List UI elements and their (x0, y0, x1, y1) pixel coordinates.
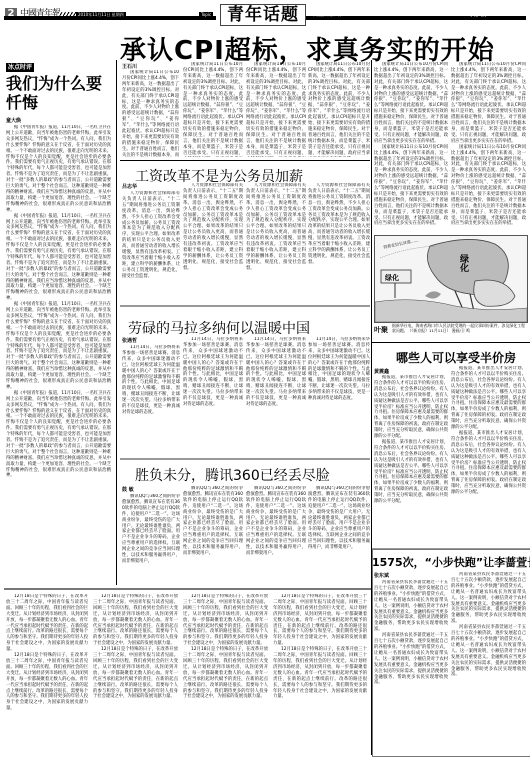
bottom-article-col2: 12月18日是个特殊的日子，在改革开放三十二周年之际，中国青年报与读者见面。回顾… (93, 594, 178, 754)
article-divider (4, 588, 371, 590)
section-title: 青年话题 (220, 4, 306, 26)
maradona-article-col2: 11月14日，马拉多纳将来华参加一场慈善足球赛。消息传来，众多中国球迷激动不已。… (183, 337, 243, 453)
tencent-article-byline: 鼓 敏 (122, 486, 134, 493)
cartoon-sign-label: 绿化 (385, 273, 399, 283)
main-article-byline: 王石川 (122, 63, 137, 70)
wage-article-col3: 人力资源和社会保障部有关负责人日前表示，“十二五”期间将推进公务员工资制度改革。… (246, 183, 306, 301)
article-divider (120, 458, 370, 460)
wage-article-col4: 人力资源和社会保障部有关负责人日前表示，“十二五”期间将推进公务员工资制度改革。… (308, 183, 370, 301)
wage-article-col2: 人力资源和社会保障部有关负责人日前表示，“十二五”期间将推进公务员工资制度改革。… (183, 183, 243, 301)
editor-email: E-mail:ryqgh@yahoo.com.cn (455, 12, 513, 18)
wage-article-byline: 吕志华 (122, 183, 137, 190)
main-article-col4: 国家统计局11日公布10月份CPI同比上涨4.4%，创下两年来新高，这一数据超出… (308, 62, 370, 157)
main-article-col5: 国家统计局11日公布10月份CPI同比上涨4.4%，创下两年来新高，这一数据超出… (374, 62, 448, 232)
left-column-body: 据《中国青年报》报道，11月10日，一名红卫兵在网上公开道歉，向当年被他伤害的老… (6, 125, 111, 582)
housing-article-col2: 据报道，某市推出人才安居计划，符合条件的人才可以以半价购买住房。消息公布后，社会… (451, 366, 526, 545)
left-column-byline: 童大焕 (6, 117, 21, 124)
maradona-article-headline: 劳碌的马拉多纳何以温暖中国 (128, 318, 310, 338)
tencent-article-col2: 腾讯QQ与360之间的纷争愈演愈烈。腾讯宣布在装有360软件的电脑上停止运行QQ… (183, 486, 243, 584)
main-article-col1: 国家统计局11日公布10月份CPI同比上涨4.4%，创下两年来新高，这一数据超出… (122, 70, 179, 157)
maradona-article-col3: 11月14日，马拉多纳将来华参加一场慈善足球赛。消息传来，众多中国球迷激动不已。… (246, 337, 306, 453)
editor-phone: 本版编辑/张多钧 Tel:010-64098071 (312, 12, 379, 18)
article-divider (120, 160, 370, 161)
column-divider (116, 60, 117, 585)
tencent-article-col3: 腾讯QQ与360之间的纷争愈演愈烈。腾讯宣布在装有360软件的电脑上停止运行QQ… (246, 486, 306, 584)
housing-article-col1: 据报道，某市推出人才安居计划，符合条件的人才可以以半价购买住房。消息公布后，社会… (374, 375, 448, 545)
article-frame (372, 549, 530, 757)
housing-article-byline: 黄震鑫 (374, 368, 389, 375)
maradona-article-col1: 11月14日，马拉多纳将来华参加一场慈善足球赛。消息传来，众多中国球迷激动不已。… (122, 345, 180, 453)
article-divider (372, 342, 530, 343)
issue-date: 2010年11月11日 星期四 (76, 12, 126, 18)
bottom-article-col4: 12月18日是个特殊的日子，在改革开放三十二周年之际，中国青年报与读者见面。回顾… (273, 594, 367, 754)
editorial-cartoon: 到者在拉长贫富…… 绿化 绿化 (374, 235, 528, 323)
column-kicker: 冰点时评 (6, 63, 34, 72)
cartoon-caption: 据新华社电，海南省海口市人民法院受理的一起民事纠纷案件，涉及绿化工程款问题。（《… (392, 323, 525, 340)
tencent-article-col4: 腾讯QQ与360之间的纷争愈演愈烈。腾讯宣布在装有360软件的电脑上停止运行QQ… (308, 486, 370, 584)
tencent-article-headline: 胜负未分，腾讯360已经丢尽脸 (135, 465, 330, 485)
main-article-col2: 国家统计局11日公布10月份CPI同比上涨4.4%，创下两年来新高，这一数据超出… (183, 62, 243, 157)
topic-label: Topic (199, 12, 213, 18)
tencent-article-col1: 腾讯QQ与360之间的纷争愈演愈烈。腾讯宣布在装有360软件的电脑上停止运行QQ… (122, 494, 180, 584)
bottom-article-col3: 12月18日是个特殊的日子，在改革开放三十二周年之际，中国青年报与读者见面。回顾… (183, 594, 268, 754)
wage-article-col1: 人力资源和社会保障部有关负责人日前表示，“十二五”期间将推进公务员工资制度改革。… (122, 191, 180, 301)
cartoon-artist: 叶聚 (374, 325, 388, 335)
housing-article-headline: 哪些人可以享受半价房 (396, 349, 516, 366)
cartoon-cloud-label: 绿化 (457, 254, 470, 272)
article-divider (120, 305, 370, 307)
main-article-col3: 国家统计局11日公布10月份CPI同比上涨4.4%，创下两年来新高，这一数据超出… (246, 62, 306, 157)
bottom-article-col1: 12月18日是个特殊的日子，在改革开放三十二周年之际，中国青年报与读者见面。回顾… (6, 594, 88, 754)
maradona-article-col4: 11月14日，马拉多纳将来华参加一场慈善足球赛。消息传来，众多中国球迷激动不已。… (308, 337, 370, 453)
maradona-article-byline: 张遇哲 (122, 337, 137, 344)
main-article-col6: 国家统计局11日公布10月份CPI同比上涨4.4%，创下两年来新高，这一数据超出… (451, 62, 526, 232)
left-column-headline: 我们为什么要忏悔 (6, 74, 106, 112)
